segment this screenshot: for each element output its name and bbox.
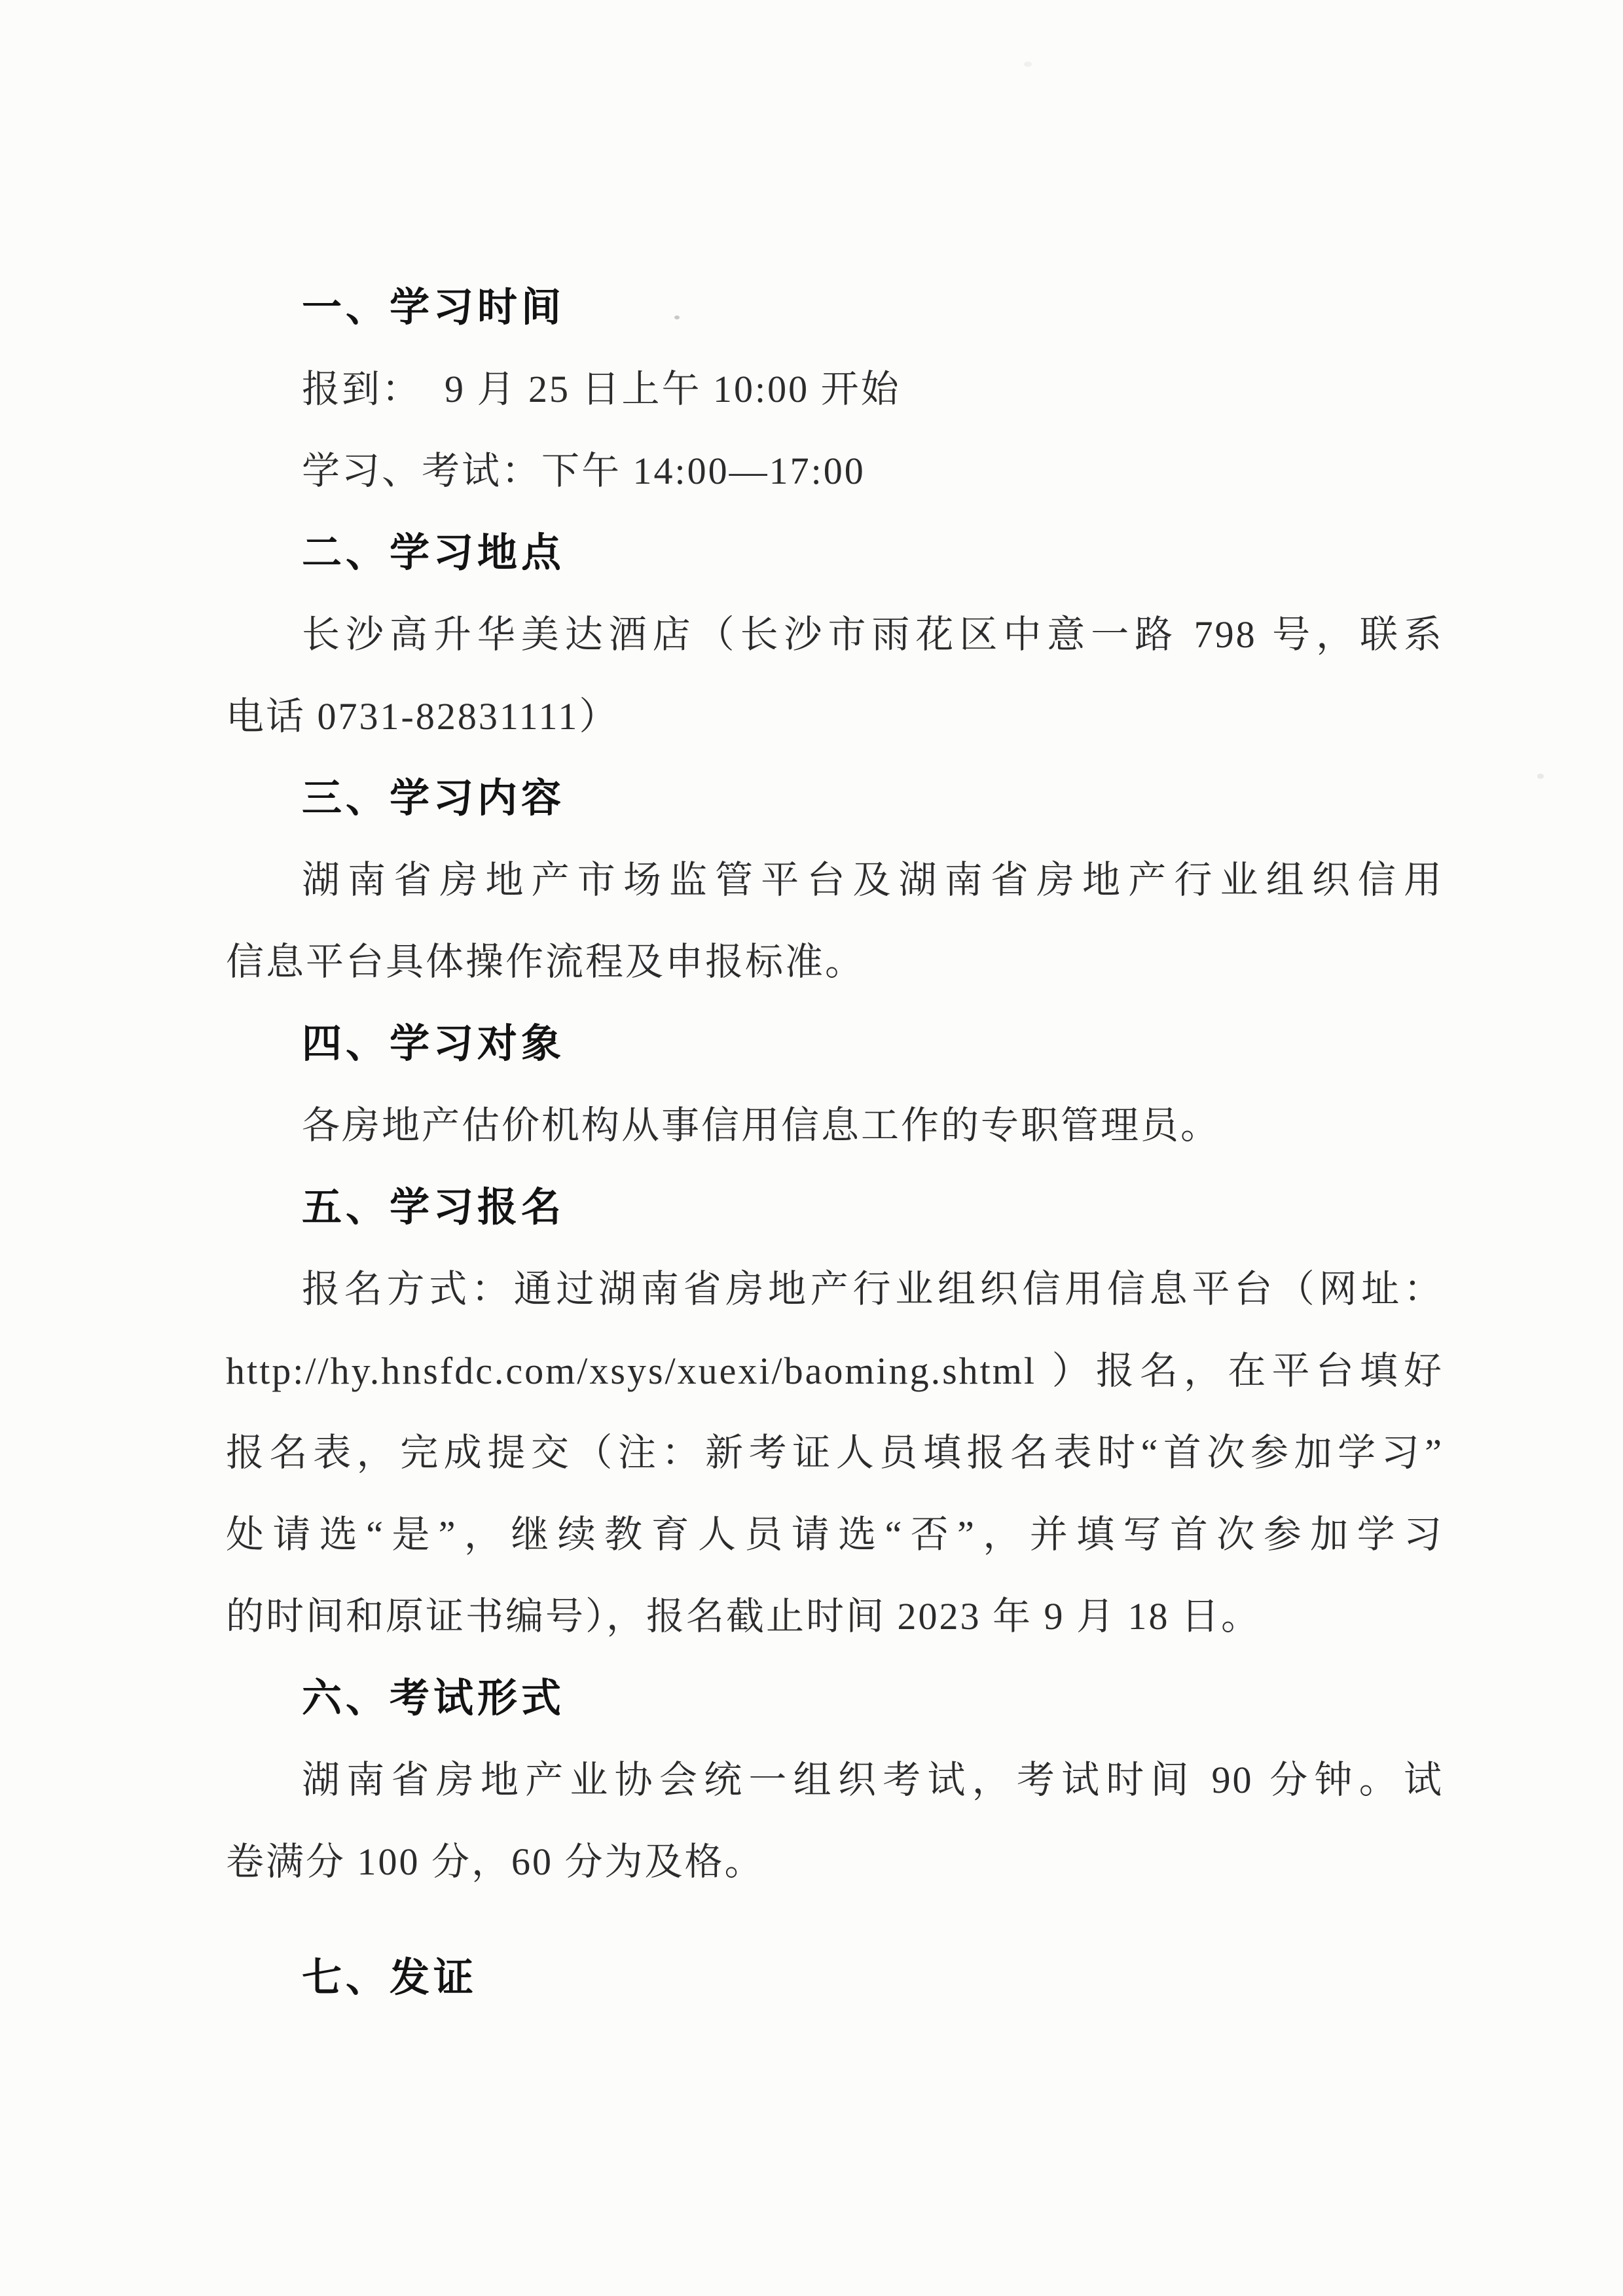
line-content-2: 信息平台具体操作流程及申报标准。 [226, 921, 1444, 1003]
heading-certificate: 七、发证 [226, 1937, 1444, 2018]
line-registration-3: 报名表，完成提交（注：新考证人员填报名表时“首次参加学习” [226, 1412, 1444, 1494]
heading-study-location: 二、学习地点 [226, 512, 1444, 594]
notice-body: 一、学习时间 报到： 9 月 25 日上午 10:00 开始 学习、考试：下午 … [226, 266, 1444, 2018]
line-study-exam-time: 学习、考试：下午 14:00—17:00 [226, 430, 1444, 512]
heading-study-target: 四、学习对象 [226, 1003, 1444, 1085]
line-location-1: 长沙高升华美达酒店（长沙市雨花区中意一路 798 号，联系 [226, 594, 1444, 675]
scan-speck [674, 315, 680, 319]
heading-registration: 五、学习报名 [226, 1166, 1444, 1248]
line-registration-url: http://hy.hnsfdc.com/xsys/xuexi/baoming.… [226, 1330, 1444, 1412]
line-location-2-phone: 电话 0731-82831111） [226, 675, 1444, 757]
scanned-notice-page: { "page": { "background": "#fcfcfb", "te… [0, 0, 1623, 2296]
line-exam-1: 湖南省房地产业协会统一组织考试，考试时间 90 分钟。试 [226, 1739, 1444, 1821]
line-exam-2: 卷满分 100 分，60 分为及格。 [226, 1821, 1444, 1903]
line-registration-4: 处请选“是”，继续教育人员请选“否”，并填写首次参加学习 [226, 1494, 1444, 1575]
line-checkin-time: 报到： 9 月 25 日上午 10:00 开始 [226, 348, 1444, 430]
heading-exam-format: 六、考试形式 [226, 1657, 1444, 1739]
heading-study-content: 三、学习内容 [226, 757, 1444, 839]
line-content-1: 湖南省房地产市场监管平台及湖南省房地产行业组织信用 [226, 839, 1444, 921]
line-registration-1: 报名方式：通过湖南省房地产行业组织信用信息平台（网址： [226, 1248, 1444, 1330]
line-target: 各房地产估价机构从事信用信息工作的专职管理员。 [226, 1085, 1444, 1166]
heading-study-time: 一、学习时间 [226, 266, 1444, 348]
scan-speck [1024, 62, 1032, 67]
line-registration-5: 的时间和原证书编号），报名截止时间 2023 年 9 月 18 日。 [226, 1575, 1444, 1657]
scan-speck [1537, 774, 1544, 779]
